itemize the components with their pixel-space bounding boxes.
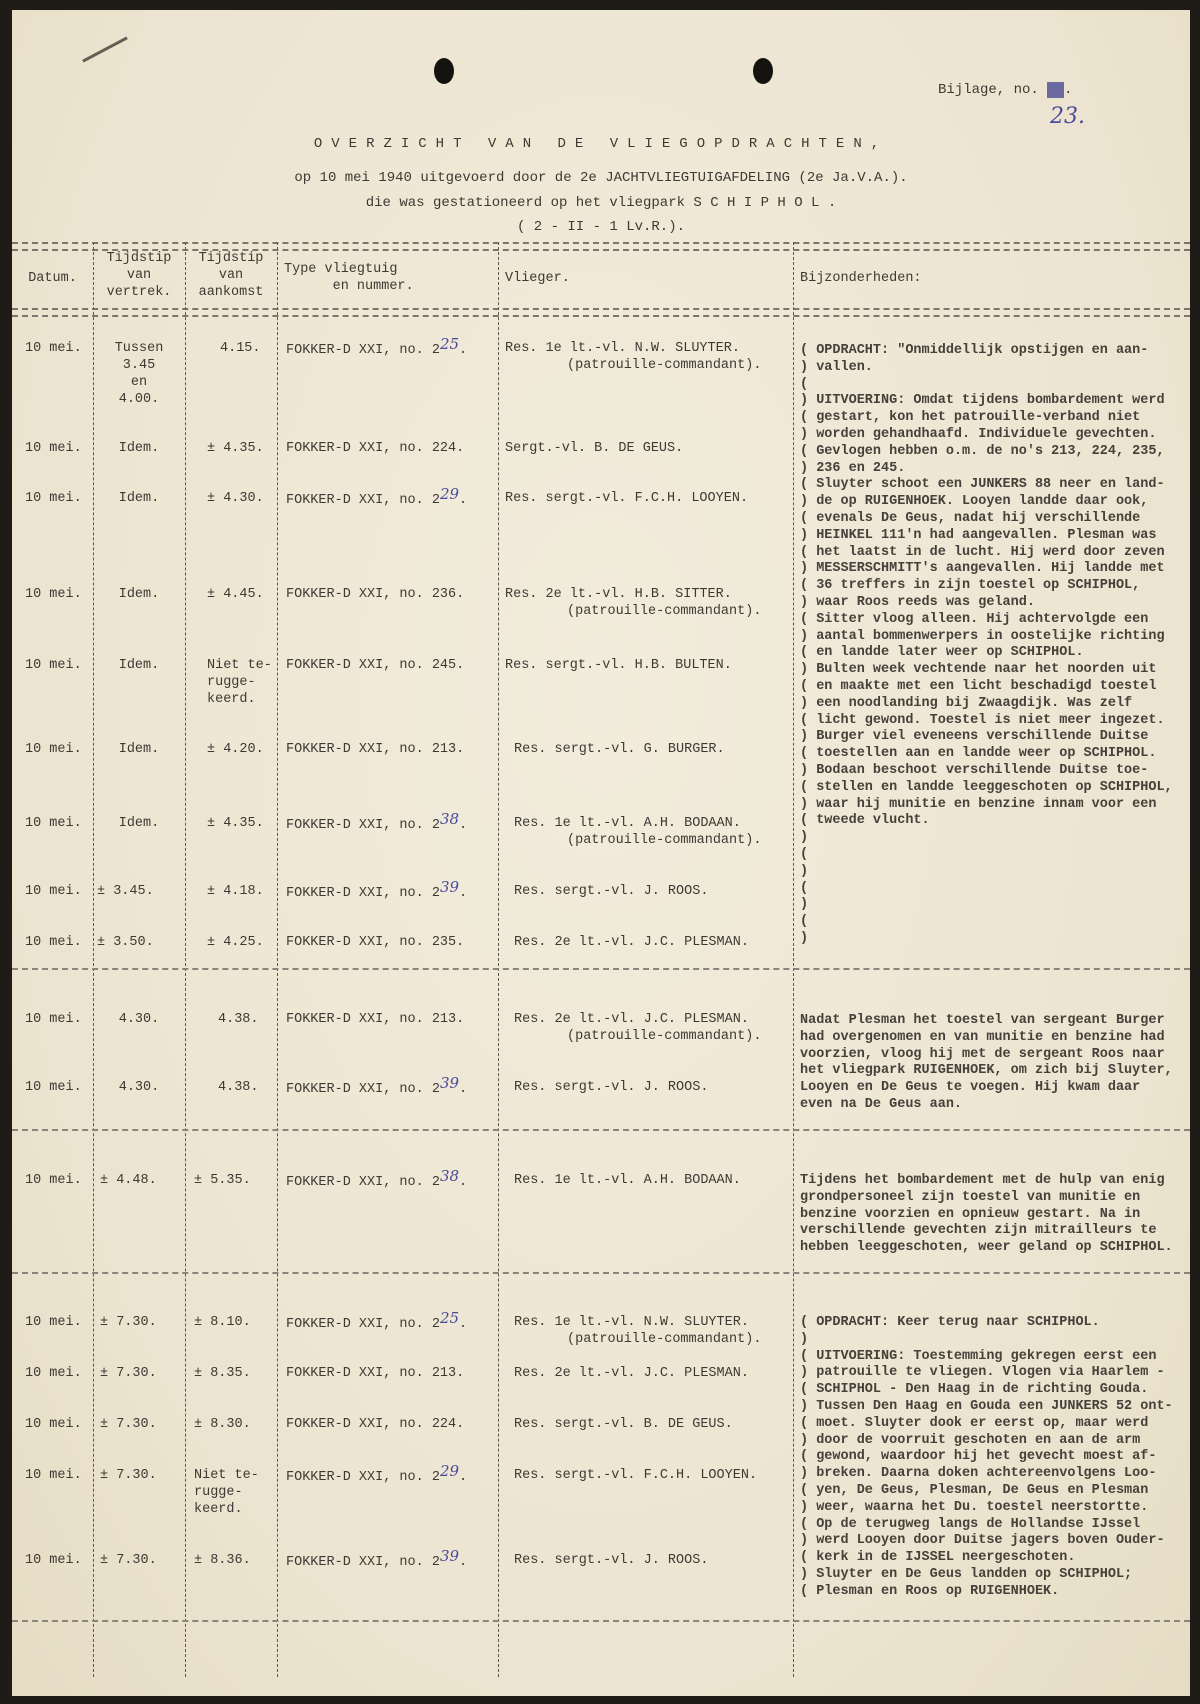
- aircraft-type: FOKKER-D XXI, no. 2: [286, 818, 440, 833]
- pilot-name: Res. sergt.-vl. J. ROOS.: [514, 884, 708, 899]
- row-pilot: Res. sergt.-vl. H.B. BULTEN.: [505, 657, 732, 674]
- column-header-remarks: Bijzonderheden:: [800, 270, 922, 287]
- row-arrival: ± 5.35.: [194, 1172, 251, 1189]
- pilot-name: Res. 1e lt.-vl. A.H. BODAAN.: [514, 1173, 741, 1188]
- row-aircraft: FOKKER-D XXI, no. 239.: [286, 1552, 467, 1571]
- row-pilot: Res. 2e lt.-vl. J.C. PLESMAN.: [514, 934, 749, 951]
- row-date: 10 mei.: [25, 340, 82, 357]
- header-bottom-rule: [12, 308, 1190, 317]
- pilot-role: (patrouille-commandant).: [505, 357, 761, 374]
- column-header-date: Datum.: [12, 270, 93, 287]
- row-pilot: Res. sergt.-vl. J. ROOS.: [514, 1552, 708, 1569]
- row-departure: ± 7.30.: [100, 1552, 157, 1569]
- row-date: 10 mei.: [25, 815, 82, 832]
- row-aircraft: FOKKER-D XXI, no. 238.: [286, 1172, 467, 1191]
- aircraft-dot: .: [459, 1317, 467, 1332]
- aircraft-type: FOKKER-D XXI, no. 245.: [286, 658, 464, 673]
- remarks-text: Nadat Plesman het toestel van sergeant B…: [800, 1013, 1180, 1114]
- column-header-type: Type vliegtuig en nummer.: [284, 261, 414, 295]
- aircraft-dot: .: [459, 818, 467, 833]
- aircraft-dot: .: [459, 1470, 467, 1485]
- row-departure: ± 4.48.: [100, 1172, 157, 1189]
- row-pilot: Res. 1e lt.-vl. A.H. BODAAN.(patrouille-…: [514, 815, 761, 849]
- handwritten-number: 39: [440, 878, 459, 896]
- row-date: 10 mei.: [25, 741, 82, 758]
- row-aircraft: FOKKER-D XXI, no. 238.: [286, 815, 467, 834]
- aircraft-type: FOKKER-D XXI, no. 224.: [286, 441, 464, 456]
- column-divider: [185, 242, 186, 1677]
- column-divider: [93, 242, 94, 1677]
- row-date: 10 mei.: [25, 657, 82, 674]
- row-arrival: Niet te- rugge- keerd.: [194, 1467, 259, 1518]
- row-date: 10 mei.: [25, 883, 82, 900]
- pilot-name: Res. 2e lt.-vl. J.C. PLESMAN.: [514, 1012, 749, 1027]
- pilot-name: Res. 2e lt.-vl. J.C. PLESMAN.: [514, 935, 749, 950]
- aircraft-type: FOKKER-D XXI, no. 2: [286, 1082, 440, 1097]
- section-divider: [12, 1129, 1190, 1131]
- row-departure: 4.30.: [93, 1011, 185, 1028]
- pilot-name: Res. 1e lt.-vl. N.W. SLUYTER.: [514, 1315, 749, 1330]
- bijlage-label: Bijlage, no.: [938, 82, 1039, 98]
- row-date: 10 mei.: [25, 1011, 82, 1028]
- row-pilot: Res. 1e lt.-vl. N.W. SLUYTER.(patrouille…: [505, 340, 761, 374]
- aircraft-type: FOKKER-D XXI, no. 2: [286, 343, 440, 358]
- aircraft-type: FOKKER-D XXI, no. 235.: [286, 935, 464, 950]
- row-date: 10 mei.: [25, 934, 82, 951]
- pilot-name: Res. 2e lt.-vl. H.B. SITTER.: [505, 587, 732, 602]
- bijlage-dot: .: [1064, 82, 1072, 98]
- row-departure: Idem.: [93, 657, 185, 674]
- row-departure: Idem.: [93, 815, 185, 832]
- pilot-name: Res. 2e lt.-vl. J.C. PLESMAN.: [514, 1366, 749, 1381]
- row-arrival: ± 8.35.: [194, 1365, 251, 1382]
- row-date: 10 mei.: [25, 1365, 82, 1382]
- pilot-name: Res. sergt.-vl. H.B. BULTEN.: [505, 658, 732, 673]
- row-aircraft: FOKKER-D XXI, no. 235.: [286, 934, 464, 951]
- aircraft-dot: .: [459, 886, 467, 901]
- row-arrival: ± 4.25.: [207, 934, 264, 951]
- row-arrival: 4.38.: [218, 1079, 259, 1096]
- punch-hole-left: [434, 58, 454, 84]
- row-departure: Tussen 3.45 en 4.00.: [93, 340, 185, 408]
- row-departure: ± 3.50.: [97, 934, 154, 951]
- column-divider: [277, 242, 278, 1677]
- row-aircraft: FOKKER-D XXI, no. 236.: [286, 586, 464, 603]
- row-date: 10 mei.: [25, 490, 82, 507]
- row-arrival: ± 4.45.: [207, 586, 264, 603]
- handwritten-number: 39: [440, 1547, 459, 1565]
- row-arrival: ± 8.10.: [194, 1314, 251, 1331]
- row-date: 10 mei.: [25, 1172, 82, 1189]
- aircraft-type: FOKKER-D XXI, no. 2: [286, 493, 440, 508]
- subtitle-line-3: ( 2 - II - 1 Lv.R.).: [12, 219, 1190, 235]
- punch-hole-right: [753, 58, 773, 84]
- row-pilot: Res. 1e lt.-vl. N.W. SLUYTER.(patrouille…: [514, 1314, 761, 1348]
- row-departure: Idem.: [93, 586, 185, 603]
- aircraft-type: FOKKER-D XXI, no. 2: [286, 1317, 440, 1332]
- column-divider: [793, 242, 794, 1677]
- row-pilot: Res. sergt.-vl. F.C.H. LOOYEN.: [514, 1467, 757, 1484]
- row-aircraft: FOKKER-D XXI, no. 229.: [286, 490, 467, 509]
- aircraft-type: FOKKER-D XXI, no. 213.: [286, 1366, 464, 1381]
- bijlage-number: Bijlage, no. 24.: [938, 82, 1072, 98]
- pilot-name: Sergt.-vl. B. DE GEUS.: [505, 441, 683, 456]
- handwritten-number: 29: [440, 1462, 459, 1480]
- handwritten-number: 38: [440, 810, 459, 828]
- row-date: 10 mei.: [25, 1467, 82, 1484]
- document-page: Bijlage, no. 24. 23. OVERZICHT VAN DE VL…: [12, 10, 1190, 1696]
- row-departure: ± 7.30.: [100, 1365, 157, 1382]
- column-divider: [498, 242, 499, 1677]
- row-aircraft: FOKKER-D XXI, no. 225.: [286, 340, 467, 359]
- row-departure: Idem.: [93, 490, 185, 507]
- row-arrival: Niet te- rugge- keerd.: [207, 657, 272, 708]
- handwritten-number: 39: [440, 1074, 459, 1092]
- row-arrival: ± 4.30.: [207, 490, 264, 507]
- subtitle-line-2: die was gestationeerd op het vliegpark S…: [12, 195, 1190, 211]
- document-title: OVERZICHT VAN DE VLIEGOPDRACHTEN,: [12, 136, 1190, 152]
- row-aircraft: FOKKER-D XXI, no. 225.: [286, 1314, 467, 1333]
- row-departure: ± 3.45.: [97, 883, 154, 900]
- aircraft-type: FOKKER-D XXI, no. 213.: [286, 742, 464, 757]
- row-aircraft: FOKKER-D XXI, no. 229.: [286, 1467, 467, 1486]
- aircraft-dot: .: [459, 343, 467, 358]
- row-arrival: ± 4.35.: [207, 815, 264, 832]
- row-pilot: Res. sergt.-vl. J. ROOS.: [514, 1079, 708, 1096]
- aircraft-dot: .: [459, 1082, 467, 1097]
- pilot-name: Res. sergt.-vl. B. DE GEUS.: [514, 1417, 733, 1432]
- row-pilot: Res. sergt.-vl. G. BURGER.: [514, 741, 725, 758]
- row-pilot: Res. sergt.-vl. J. ROOS.: [514, 883, 708, 900]
- row-date: 10 mei.: [25, 1552, 82, 1569]
- aircraft-type: FOKKER-D XXI, no. 236.: [286, 587, 464, 602]
- row-aircraft: FOKKER-D XXI, no. 239.: [286, 1079, 467, 1098]
- row-arrival: 4.38.: [218, 1011, 259, 1028]
- row-pilot: Res. sergt.-vl. F.C.H. LOOYEN.: [505, 490, 748, 507]
- section-divider: [12, 1620, 1190, 1622]
- pilot-name: Res. sergt.-vl. J. ROOS.: [514, 1553, 708, 1568]
- section-divider: [12, 968, 1190, 970]
- row-pilot: Res. 2e lt.-vl. J.C. PLESMAN.(patrouille…: [514, 1011, 761, 1045]
- aircraft-dot: .: [459, 493, 467, 508]
- handwritten-number: 38: [440, 1167, 459, 1185]
- row-departure: Idem.: [93, 741, 185, 758]
- row-aircraft: FOKKER-D XXI, no. 224.: [286, 440, 464, 457]
- row-date: 10 mei.: [25, 1314, 82, 1331]
- row-arrival: 4.15.: [220, 340, 261, 357]
- row-arrival: ± 4.20.: [207, 741, 264, 758]
- row-aircraft: FOKKER-D XXI, no. 213.: [286, 741, 464, 758]
- row-pilot: Res. 1e lt.-vl. A.H. BODAAN.: [514, 1172, 741, 1189]
- row-arrival: ± 8.36.: [194, 1552, 251, 1569]
- row-pilot: Res. 2e lt.-vl. H.B. SITTER.(patrouille-…: [505, 586, 761, 620]
- row-arrival: ± 4.18.: [207, 883, 264, 900]
- pilot-name: Res. sergt.-vl. F.C.H. LOOYEN.: [514, 1468, 757, 1483]
- aircraft-type: FOKKER-D XXI, no. 2: [286, 886, 440, 901]
- section-divider: [12, 1272, 1190, 1274]
- aircraft-dot: .: [459, 1555, 467, 1570]
- row-departure: ± 7.30.: [100, 1416, 157, 1433]
- row-aircraft: FOKKER-D XXI, no. 245.: [286, 657, 464, 674]
- row-pilot: Res. 2e lt.-vl. J.C. PLESMAN.: [514, 1365, 749, 1382]
- remarks-text: Tijdens het bombardement met de hulp van…: [800, 1173, 1180, 1257]
- aircraft-dot: .: [459, 1175, 467, 1190]
- row-aircraft: FOKKER-D XXI, no. 239.: [286, 883, 467, 902]
- row-aircraft: FOKKER-D XXI, no. 213.: [286, 1011, 464, 1028]
- row-pilot: Res. sergt.-vl. B. DE GEUS.: [514, 1416, 733, 1433]
- remarks-text: ( OPDRACHT: "Onmiddellijk opstijgen en a…: [800, 343, 1180, 948]
- subtitle-line-1: op 10 mei 1940 uitgevoerd door de 2e JAC…: [12, 170, 1190, 186]
- pilot-name: Res. 1e lt.-vl. N.W. SLUYTER.: [505, 341, 740, 356]
- handwritten-number: 25: [440, 335, 459, 353]
- bijlage-struck-number: 24: [1047, 82, 1064, 98]
- aircraft-type: FOKKER-D XXI, no. 2: [286, 1175, 440, 1190]
- row-date: 10 mei.: [25, 586, 82, 603]
- row-aircraft: FOKKER-D XXI, no. 213.: [286, 1365, 464, 1382]
- row-departure: ± 7.30.: [100, 1467, 157, 1484]
- aircraft-type: FOKKER-D XXI, no. 2: [286, 1470, 440, 1485]
- aircraft-type: FOKKER-D XXI, no. 213.: [286, 1012, 464, 1027]
- column-header-departure: Tijdstip van vertrek.: [93, 250, 185, 301]
- pilot-role: (patrouille-commandant).: [514, 1331, 761, 1348]
- pilot-name: Res. 1e lt.-vl. A.H. BODAAN.: [514, 816, 741, 831]
- pilot-name: Res. sergt.-vl. G. BURGER.: [514, 742, 725, 757]
- row-aircraft: FOKKER-D XXI, no. 224.: [286, 1416, 464, 1433]
- bijlage-handwritten-number: 23.: [1050, 104, 1085, 129]
- pilot-name: Res. sergt.-vl. F.C.H. LOOYEN.: [505, 491, 748, 506]
- row-pilot: Sergt.-vl. B. DE GEUS.: [505, 440, 683, 457]
- pilot-role: (patrouille-commandant).: [514, 1028, 761, 1045]
- row-arrival: ± 4.35.: [207, 440, 264, 457]
- pilot-role: (patrouille-commandant).: [505, 603, 761, 620]
- row-departure: Idem.: [93, 440, 185, 457]
- pen-mark: [82, 36, 128, 62]
- row-date: 10 mei.: [25, 1416, 82, 1433]
- pilot-name: Res. sergt.-vl. J. ROOS.: [514, 1080, 708, 1095]
- column-header-pilot: Vlieger.: [505, 270, 570, 287]
- handwritten-number: 25: [440, 1309, 459, 1327]
- pilot-role: (patrouille-commandant).: [514, 832, 761, 849]
- column-header-arrival: Tijdstip van aankomst: [185, 250, 277, 301]
- row-date: 10 mei.: [25, 1079, 82, 1096]
- row-arrival: ± 8.30.: [194, 1416, 251, 1433]
- aircraft-type: FOKKER-D XXI, no. 224.: [286, 1417, 464, 1432]
- row-departure: 4.30.: [93, 1079, 185, 1096]
- aircraft-type: FOKKER-D XXI, no. 2: [286, 1555, 440, 1570]
- row-departure: ± 7.30.: [100, 1314, 157, 1331]
- handwritten-number: 29: [440, 485, 459, 503]
- remarks-text: ( OPDRACHT: Keer terug naar SCHIPHOL. ) …: [800, 1315, 1180, 1601]
- row-date: 10 mei.: [25, 440, 82, 457]
